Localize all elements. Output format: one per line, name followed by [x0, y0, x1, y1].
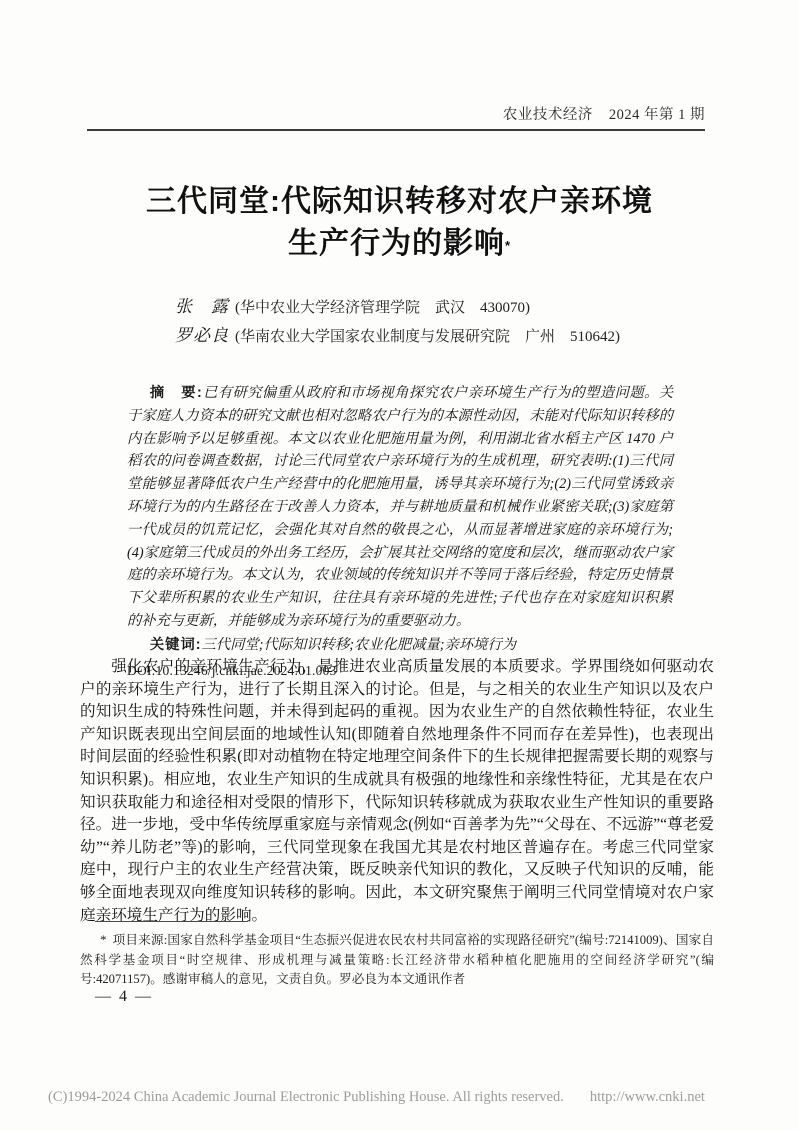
- paper-title: 三代同堂:代际知识转移对农户亲环境 生产行为的影响*: [0, 181, 799, 265]
- footnote-marker: *: [100, 933, 106, 947]
- journal-page: 农业技术经济2024 年第 1 期 三代同堂:代际知识转移对农户亲环境 生产行为…: [0, 0, 799, 1131]
- keywords-label: 关键词:: [150, 637, 202, 653]
- keywords-line: 关键词:三代同堂;代际知识转移;农业化肥减量;亲环境行为: [127, 634, 673, 657]
- footnote-paragraph: *项目来源:国家自然科学基金项目“生态振兴促进农民农村共同富裕的实现路径研究”(…: [80, 931, 714, 990]
- abstract-label: 摘 要:: [150, 385, 203, 401]
- cnki-footer: (C)1994-2024 China Academic Journal Elec…: [48, 1089, 759, 1106]
- footnote-text: 项目来源:国家自然科学基金项目“生态振兴促进农民农村共同富裕的实现路径研究”(编…: [80, 933, 714, 986]
- author-name: 罗必良: [175, 322, 227, 349]
- abstract-section: 摘 要:已有研究偏重从政府和市场视角探究农户亲环境生产行为的塑造问题。关于家庭人…: [127, 382, 673, 682]
- footnote-divider: [95, 921, 248, 922]
- authors-block: 张 露 (华中农业大学经济管理学院 武汉 430070) 罗必良 (华南农业大学…: [175, 293, 620, 351]
- footer-url: http://www.cnki.net: [590, 1089, 705, 1105]
- journal-issue: 2024 年第 1 期: [609, 107, 705, 123]
- journal-header: 农业技术经济2024 年第 1 期: [503, 103, 705, 124]
- page-number: — 4 —: [95, 988, 153, 1006]
- author-name: 张 露: [175, 293, 227, 320]
- footnote: *项目来源:国家自然科学基金项目“生态振兴促进农民农村共同富裕的实现路径研究”(…: [80, 931, 714, 990]
- author-affiliation: (华南农业大学国家农业制度与发展研究院 广州 510642): [235, 324, 620, 351]
- author-row: 罗必良 (华南农业大学国家农业制度与发展研究院 广州 510642): [175, 322, 620, 351]
- paper-title-line2: 生产行为的影响*: [0, 223, 799, 265]
- keywords-text: 三代同堂;代际知识转移;农业化肥减量;亲环境行为: [202, 637, 517, 653]
- body-paragraph: 强化农户的亲环境生产行为，是推进农业高质量发展的本质要求。学界围绕如何驱动农户的…: [80, 656, 714, 927]
- paper-title-line1: 三代同堂:代际知识转移对农户亲环境: [0, 181, 799, 223]
- author-affiliation: (华中农业大学经济管理学院 武汉 430070): [235, 295, 530, 322]
- journal-name: 农业技术经济: [503, 107, 593, 123]
- author-row: 张 露 (华中农业大学经济管理学院 武汉 430070): [175, 293, 620, 322]
- abstract-paragraph: 摘 要:已有研究偏重从政府和市场视角探究农户亲环境生产行为的塑造问题。关于家庭人…: [127, 382, 673, 633]
- footer-copyright: (C)1994-2024 China Academic Journal Elec…: [48, 1089, 564, 1105]
- abstract-text: 已有研究偏重从政府和市场视角探究农户亲环境生产行为的塑造问题。关于家庭人力资本的…: [127, 385, 673, 629]
- body-text: 强化农户的亲环境生产行为，是推进农业高质量发展的本质要求。学界围绕如何驱动农户的…: [80, 656, 714, 927]
- header-divider: [87, 129, 705, 131]
- title-footnote-mark: *: [505, 238, 511, 253]
